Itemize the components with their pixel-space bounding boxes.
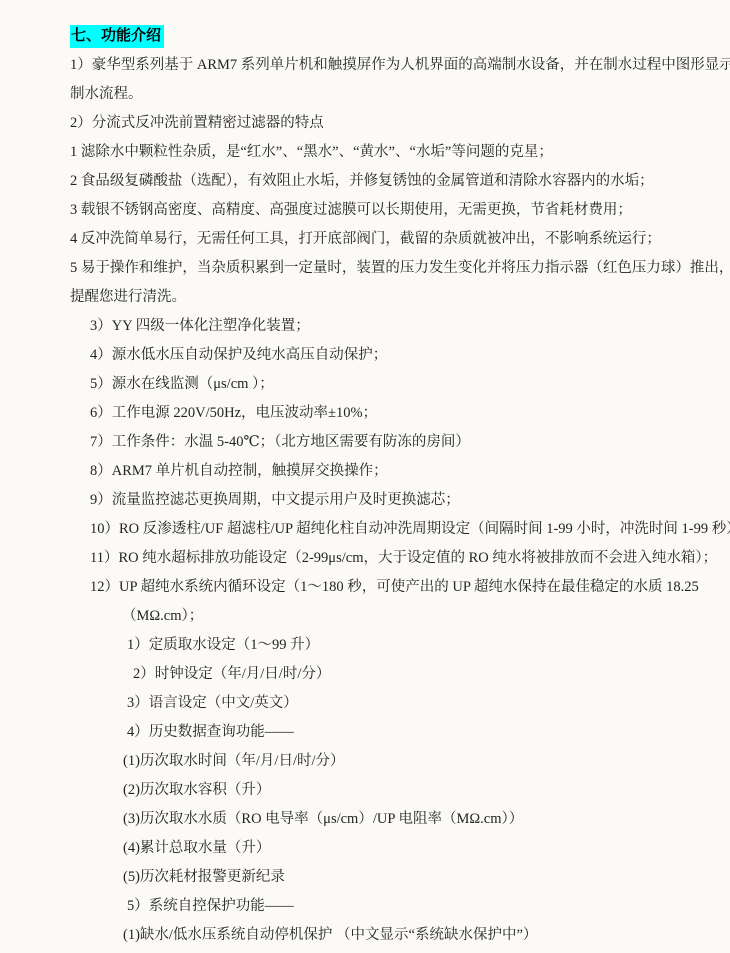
- text-line: 5）源水在线监测（μs/cm ）；: [90, 370, 700, 399]
- text-line: 4）源水低水压自动保护及纯水高压自动保护；: [90, 341, 700, 370]
- text-line: 7）工作条件：水温 5-40℃；（北方地区需要有防冻的房间）: [90, 428, 700, 457]
- text-line: 4）历史数据查询功能——: [127, 718, 700, 747]
- text-line: 12）UP 超纯水系统内循环设定（1～180 秒，可使产出的 UP 超纯水保持在…: [90, 573, 700, 602]
- text-line: 11）RO 纯水超标排放功能设定（2-99μs/cm，大于设定值的 RO 纯水将…: [90, 544, 700, 573]
- text-line: 1）豪华型系列基于 ARM7 系列单片机和触摸屏作为人机界面的高端制水设备，并在…: [70, 51, 700, 80]
- text-line: (4)累计总取水量（升）: [123, 834, 700, 863]
- text-line: 3 载银不锈钢高密度、高精度、高强度过滤膜可以长期使用，无需更换，节省耗材费用；: [70, 196, 700, 225]
- text-line: (2)历次取水容积（升）: [123, 776, 700, 805]
- text-line: 1）定质取水设定（1～99 升）: [127, 631, 700, 660]
- text-line: 4 反冲洗简单易行，无需任何工具，打开底部阀门，截留的杂质就被冲出，不影响系统运…: [70, 225, 700, 254]
- text-line: (5)历次耗材报警更新纪录: [123, 863, 700, 892]
- document-page: 七、功能介绍 1）豪华型系列基于 ARM7 系列单片机和触摸屏作为人机界面的高端…: [0, 0, 730, 953]
- text-line: 提醒您进行清洗。: [70, 283, 700, 312]
- text-line: 1 滤除水中颗粒性杂质，是“红水”、“黑水”、“黄水”、“水垢”等问题的克星；: [70, 138, 700, 167]
- text-line: 8）ARM7 单片机自动控制，触摸屏交换操作；: [90, 457, 700, 486]
- text-line: 6）工作电源 220V/50Hz，电压波动率±10%；: [90, 399, 700, 428]
- text-line: 10）RO 反渗透柱/UF 超滤柱/UP 超纯化柱自动冲洗周期设定（间隔时间 1…: [90, 515, 700, 544]
- text-line: 5）系统自控保护功能——: [127, 892, 700, 921]
- text-line: 5 易于操作和维护，当杂质积累到一定量时，装置的压力发生变化并将压力指示器（红色…: [70, 254, 700, 283]
- text-line: 3）YY 四级一体化注塑净化装置；: [90, 312, 700, 341]
- text-line: （MΩ.cm）；: [122, 602, 700, 631]
- text-line: (1)历次取水时间（年/月/日/时/分）: [123, 747, 700, 776]
- text-line: 9）流量监控滤芯更换周期，中文提示用户及时更换滤芯；: [90, 486, 700, 515]
- text-line: (1)缺水/低水压系统自动停机保护 （中文显示“系统缺水保护中”）: [123, 921, 700, 950]
- section-heading-line: 七、功能介绍: [70, 21, 700, 51]
- text-line: 3）语言设定（中文/英文）: [127, 689, 700, 718]
- text-line: 2 食品级复磷酸盐（选配），有效阻止水垢，并修复锈蚀的金属管道和清除水容器内的水…: [70, 167, 700, 196]
- section-heading: 七、功能介绍: [70, 25, 164, 48]
- text-line: 制水流程。: [70, 80, 700, 109]
- text-line: 2）时钟设定（年/月/日/时/分）: [133, 660, 700, 689]
- text-line: (3)历次取水水质（RO 电导率（μs/cm）/UP 电阻率（MΩ.cm））: [123, 805, 700, 834]
- text-line: 2）分流式反冲洗前置精密过滤器的特点: [70, 109, 700, 138]
